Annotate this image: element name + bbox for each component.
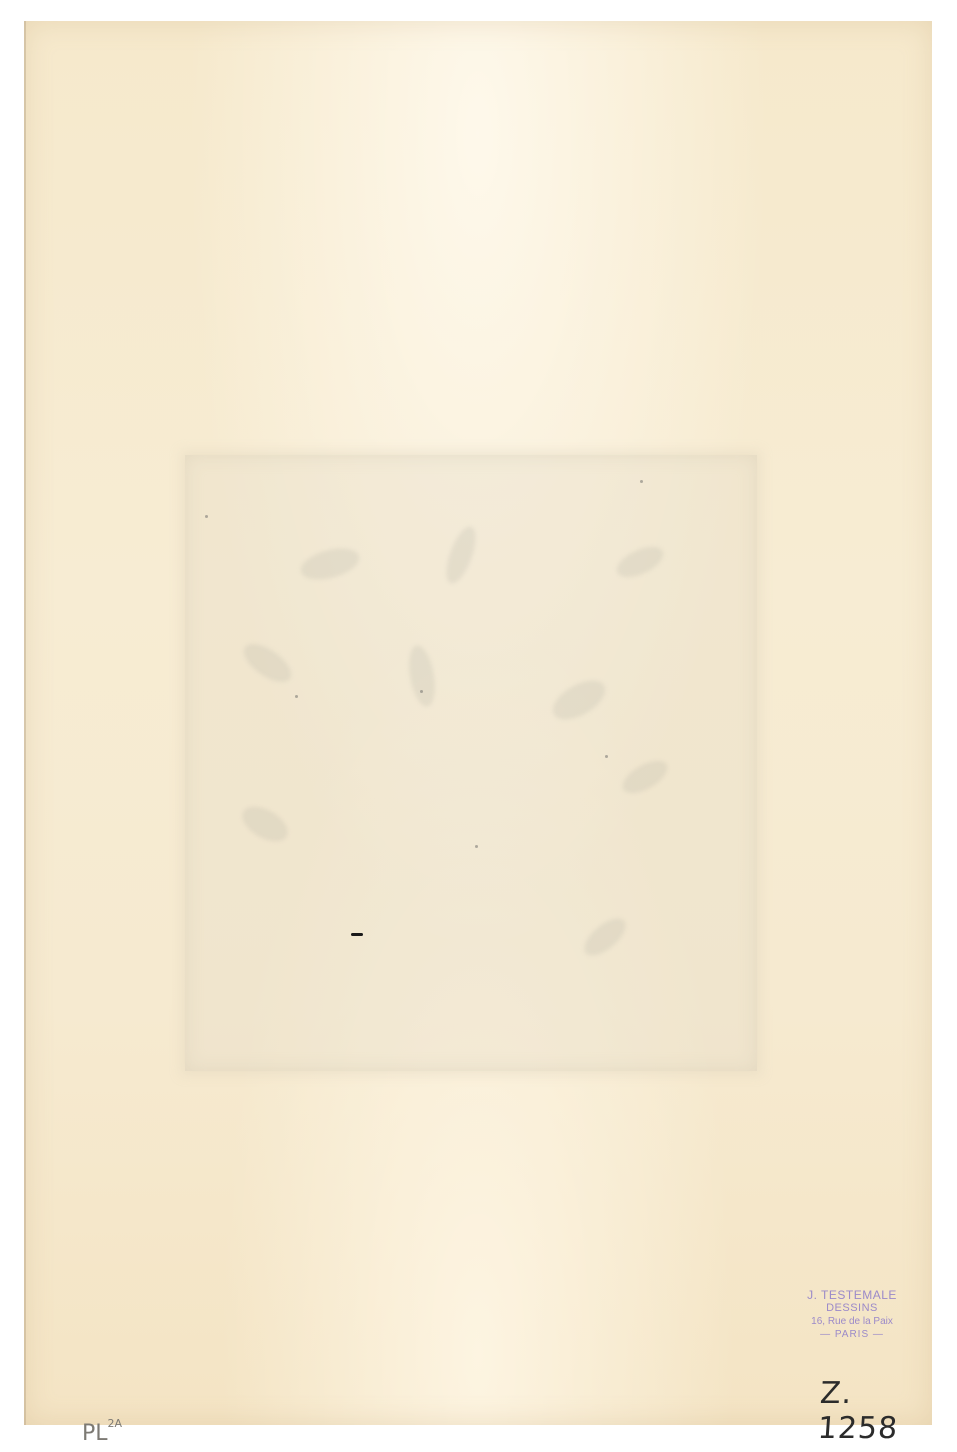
ink-mark [351,933,363,936]
ghost-leaf [617,754,672,800]
pencil-main: PL [82,1421,108,1446]
plate-impression [185,455,757,1071]
speck [640,480,643,483]
ghost-leaf [440,523,481,587]
paper-sheet: J. TESTEMALE DESSINS 16, Rue de la Paix … [24,21,932,1425]
speck [295,695,298,698]
speck [475,845,478,848]
stamp-name: J. TESTEMALE [772,1289,932,1302]
ghost-leaf [578,912,632,963]
stamp-address: 16, Rue de la Paix [772,1315,932,1328]
ghost-leaf [297,543,362,586]
ghost-leaf [405,643,439,708]
speck [205,515,208,518]
inventory-number: Z. 1258 [817,1376,935,1446]
stamp-trade: DESSINS [772,1302,932,1315]
ghost-leaf [612,541,667,584]
pencil-superscript: 2A [108,1417,123,1430]
stamp-city: — PARIS — [772,1328,932,1341]
speck [420,690,423,693]
pencil-annotation: PL2A [82,1421,122,1446]
ghost-leaf [238,637,298,690]
ghost-leaf [546,673,611,728]
dealer-stamp: J. TESTEMALE DESSINS 16, Rue de la Paix … [772,1289,932,1341]
ghost-leaf [236,799,293,848]
speck [605,755,608,758]
